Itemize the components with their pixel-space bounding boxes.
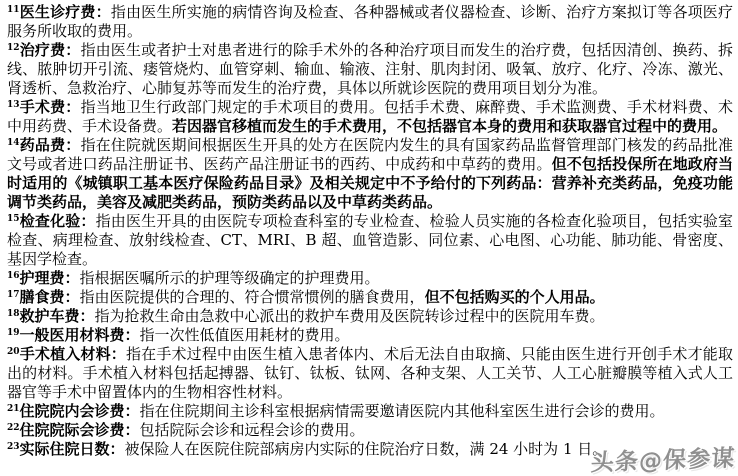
definition-number: 13 [7,100,20,110]
definition-term: 救护车费： [20,307,95,325]
definition-item: 13手术费：指当地卫生行政部门规定的手术项目的费用。包括手术费、麻醉费、手术监测… [7,98,733,136]
definition-term: 住院院际会诊费： [20,421,140,439]
definition-item: 21住院院内会诊费：指在住院期间主诊科室根据病情需要邀请医院内其他科室医生进行会… [7,402,733,421]
definition-text: 指由医院提供的合理的、符合惯常惯例的膳食费用， [80,288,425,306]
definition-item: 11医生诊疗费：指由医生所实施的病情咨询及检查、各种器械或者仪器检查、诊断、治疗… [7,3,733,41]
definition-text: 指由医生开具的由医院专项检查科室的专业检查、检验人员实施的各检查化验项目，包括实… [7,212,733,268]
definition-number: 15 [7,214,20,224]
definition-term: 住院院内会诊费： [20,402,140,420]
definition-text: 包括院际会诊和远程会诊的费用。 [140,421,365,439]
definition-number: 11 [7,5,20,15]
definition-item: 22住院院际会诊费：包括院际会诊和远程会诊的费用。 [7,421,733,440]
definition-term: 药品费： [20,136,81,154]
toutiao-watermark: 头条@保参谋 [590,449,736,473]
definition-text: 指为抢救生命由急救中心派出的救护车费用及医院转诊过程中的医院用车费。 [95,307,605,325]
definition-text-emphasis: 若因器官移植而发生的手术费用，不包括器官本身的费用和获取器官过程中的费用。 [172,117,727,135]
definition-number: 17 [7,290,20,300]
definition-item: 18救护车费：指为抢救生命由急救中心派出的救护车费用及医院转诊过程中的医院用车费… [7,307,733,326]
definition-text: 指由医生所实施的病情咨询及检查、各种器械或者仪器检查、诊断、治疗方案拟订等各项医… [7,3,733,40]
definition-item: 12治疗费：指由医生或者护士对患者进行的除手术外的各种治疗项目而发生的治疗费，包… [7,41,733,98]
definition-text: 指由医生或者护士对患者进行的除手术外的各种治疗项目而发生的治疗费，包括因清创、换… [7,41,733,97]
definition-term: 护理费： [20,269,80,287]
definition-text-emphasis: 但不包括购买的个人用品。 [425,288,605,306]
definition-term: 手术费： [20,98,81,116]
definition-text: 被保险人在医院住院部病房内实际的住院治疗日数，满 24 小时为 1 日。 [125,440,608,458]
document-page: 11医生诊疗费：指由医生所实施的病情咨询及检查、各种器械或者仪器检查、诊断、治疗… [0,0,738,476]
definition-term: 手术植入材料： [20,345,126,363]
definition-item: 19一般医用材料费：指一次性低值医用耗材的费用。 [7,326,733,345]
definition-number: 23 [7,442,20,452]
definition-number: 14 [7,138,20,148]
definition-number: 21 [7,404,20,414]
definition-term: 治疗费： [20,41,81,59]
definition-number: 22 [7,423,20,433]
definition-term: 实际住院日数： [20,440,125,458]
definition-term: 膳食费： [20,288,80,306]
definition-item: 14药品费：指在住院就医期间根据医生开具的处方在医院内发生的具有国家药品监督管理… [7,136,733,212]
definition-item: 16护理费：指根据医嘱所示的护理等级确定的护理费用。 [7,269,733,288]
definition-text: 指在住院期间主诊科室根据病情需要邀请医院内其他科室医生进行会诊的费用。 [140,402,665,420]
definition-item: 17膳食费：指由医院提供的合理的、符合惯常惯例的膳食费用，但不包括购买的个人用品… [7,288,733,307]
definition-number: 12 [7,43,20,53]
definition-number: 16 [7,271,20,281]
definition-text: 指一次性低值医用耗材的费用。 [140,326,350,344]
definition-number: 18 [7,309,20,319]
definition-term: 一般医用材料费： [20,326,140,344]
definition-term: 检查化验： [20,212,96,230]
definition-number: 19 [7,328,20,338]
definition-text: 指根据医嘱所示的护理等级确定的护理费用。 [80,269,380,287]
definitions-list: 11医生诊疗费：指由医生所实施的病情咨询及检查、各种器械或者仪器检查、诊断、治疗… [7,3,733,459]
definition-number: 20 [7,347,20,357]
definition-item: 20手术植入材料：指在手术过程中由医生植入患者体内、术后无法自由取摘、只能由医生… [7,345,733,402]
definition-item: 15检查化验：指由医生开具的由医院专项检查科室的专业检查、检验人员实施的各检查化… [7,212,733,269]
definition-term: 医生诊疗费： [20,3,111,21]
